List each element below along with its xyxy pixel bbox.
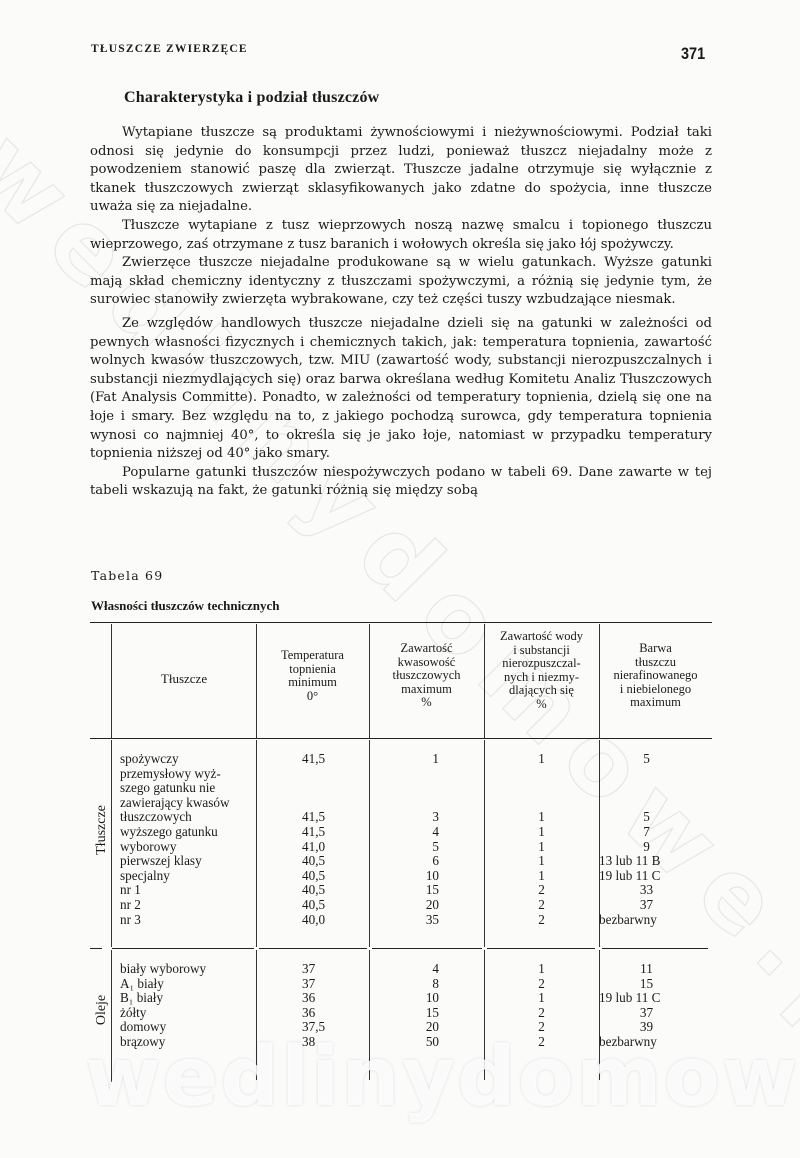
table-cell: przemysłowy wyż- xyxy=(120,767,260,782)
column-name: spożywczyprzemysłowy wyż-szego gatunku n… xyxy=(120,752,260,927)
table-cell: 19 lub 11 C xyxy=(599,991,712,1006)
table-cell xyxy=(599,767,712,782)
table-cell xyxy=(369,796,439,811)
column-acid: 4810152050 xyxy=(369,962,483,1050)
column-color: 557913 lub 11 B19 lub 11 C3337bezbarwny xyxy=(599,752,712,927)
table-cell: 40,5 xyxy=(302,898,360,913)
table-cell: 4 xyxy=(369,962,439,977)
table-cell: 5 xyxy=(369,840,439,855)
table-cell: A₁ biały xyxy=(120,977,260,992)
table-cell: 1 xyxy=(484,810,599,825)
paragraph: Wytapiane tłuszcze są produktami żywnośc… xyxy=(90,124,712,217)
table-cell: 38 xyxy=(302,1035,360,1050)
table-cell: B₁ biały xyxy=(120,991,260,1006)
table-cell: 15 xyxy=(369,883,439,898)
table-cell: tłuszczowych xyxy=(120,810,260,825)
group-divider-rule xyxy=(487,948,595,949)
table-cell: 41,5 xyxy=(302,752,360,767)
group-divider-rule xyxy=(90,948,102,949)
table-cell: 13 lub 11 B xyxy=(599,854,712,869)
table-cell: żółty xyxy=(120,1006,260,1021)
table-cell: 37 xyxy=(599,1006,712,1021)
table-cell: nr 1 xyxy=(120,883,260,898)
table-cell: bezbarwny xyxy=(599,913,712,928)
table-cell: 37 xyxy=(302,962,360,977)
table-cell: 36 xyxy=(302,1006,360,1021)
table-cell xyxy=(599,781,712,796)
table-cell: wyborowy xyxy=(120,840,260,855)
table-cell: 2 xyxy=(484,1035,599,1050)
table-cell: 40,5 xyxy=(302,869,360,884)
table-cell: 1 xyxy=(484,962,599,977)
table-cell: 35 xyxy=(369,913,439,928)
table-cell: 3 xyxy=(369,810,439,825)
table-cell xyxy=(484,781,599,796)
paragraph: Zwierzęce tłuszcze niejadalne produkowan… xyxy=(90,254,712,310)
table-cell: brązowy xyxy=(120,1035,260,1050)
group-divider-rule xyxy=(112,948,254,949)
table-cell: 1 xyxy=(484,825,599,840)
table-top-rule xyxy=(90,622,712,623)
table-cell: 4 xyxy=(369,825,439,840)
table-cell: 2 xyxy=(484,1020,599,1035)
properties-table: Tłuszcze Temperaturatopnieniaminimum0° Z… xyxy=(90,622,712,1082)
column-color: 111519 lub 11 C3739bezbarwny xyxy=(599,962,712,1050)
table-cell: nr 2 xyxy=(120,898,260,913)
paragraph: Ze względów handlowych tłuszcze niejadal… xyxy=(90,315,712,464)
table-cell xyxy=(484,796,599,811)
column-water: 111111222 xyxy=(484,752,599,927)
table-cell: 36 xyxy=(302,991,360,1006)
group-divider-rule xyxy=(259,948,367,949)
group-divider-rule xyxy=(372,948,482,949)
header-bottom-rule xyxy=(90,738,712,739)
table-cell: 41,5 xyxy=(302,810,360,825)
table-cell: 40,5 xyxy=(302,854,360,869)
table-cell: domowy xyxy=(120,1020,260,1035)
table-cell: 5 xyxy=(599,810,712,825)
table-cell xyxy=(369,767,439,782)
table-cell: 10 xyxy=(369,869,439,884)
table-cell: 10 xyxy=(369,991,439,1006)
running-head: TŁUSZCZE ZWIERZĘCE xyxy=(91,43,248,55)
table-cell xyxy=(599,796,712,811)
table-cell: 11 xyxy=(599,962,712,977)
body-text: Wytapiane tłuszcze są produktami żywnośc… xyxy=(90,124,712,501)
table-cell: biały wyborowy xyxy=(120,962,260,977)
table-label: Tabela 69 xyxy=(91,568,163,583)
header-melting-temp: Temperaturatopnieniaminimum0° xyxy=(256,649,369,703)
table-cell: 37 xyxy=(302,977,360,992)
table-cell: 50 xyxy=(369,1035,439,1050)
table-cell: szego gatunku nie xyxy=(120,781,260,796)
header-color: Barwatłuszczunierafinowanegoi niebielone… xyxy=(599,642,712,710)
table-cell: 39 xyxy=(599,1020,712,1035)
section-title: Charakterystyka i podział tłuszczów xyxy=(124,89,379,107)
column-temp: 3737363637,538 xyxy=(256,962,360,1050)
table-cell: 2 xyxy=(484,898,599,913)
table-cell: spożywczy xyxy=(120,752,260,767)
table-cell xyxy=(302,767,360,782)
table-cell: specjalny xyxy=(120,869,260,884)
column-temp: 41,541,541,541,040,540,540,540,540,0 xyxy=(256,752,360,927)
table-cell: 7 xyxy=(599,825,712,840)
group-label-fats: Tłuszcze xyxy=(94,790,110,870)
column-name: biały wyborowyA₁ białyB₁ białyżółtydomow… xyxy=(120,962,260,1050)
table-cell: 41,5 xyxy=(302,825,360,840)
table-cell: 1 xyxy=(484,869,599,884)
table-cell: 1 xyxy=(484,991,599,1006)
table-cell xyxy=(484,767,599,782)
table-cell: 15 xyxy=(599,977,712,992)
table-cell: 1 xyxy=(484,854,599,869)
header-fats: Tłuszcze xyxy=(112,672,256,686)
table-cell: 6 xyxy=(369,854,439,869)
table-cell: 41,0 xyxy=(302,840,360,855)
table-cell xyxy=(302,781,360,796)
table-cell: 20 xyxy=(369,898,439,913)
table-cell: 33 xyxy=(599,883,712,898)
table-cell: bezbarwny xyxy=(599,1035,712,1050)
header-water-content: Zawartość wodyi substancjinierozpuszczal… xyxy=(484,630,599,711)
page-number: 371 xyxy=(681,44,705,64)
table-cell: 40,0 xyxy=(302,913,360,928)
paragraph: Popularne gatunki tłuszczów niespożywczy… xyxy=(90,464,712,501)
group-divider-rule xyxy=(602,948,708,949)
table-cell: 37 xyxy=(599,898,712,913)
table-cell: 1 xyxy=(369,752,439,767)
table-cell: 8 xyxy=(369,977,439,992)
table-cell: 9 xyxy=(599,840,712,855)
group-label-oils: Oleje xyxy=(94,970,110,1050)
table-cell xyxy=(302,796,360,811)
book-page: wedlinydomowe.pl TŁUSZCZE ZWIERZĘCE 371 … xyxy=(0,0,800,1158)
table-cell: 2 xyxy=(484,883,599,898)
table-cell: zawierający kwasów xyxy=(120,796,260,811)
table-cell: 40,5 xyxy=(302,883,360,898)
table-cell: pierwszej klasy xyxy=(120,854,260,869)
table-cell: nr 3 xyxy=(120,913,260,928)
table-cell: 37,5 xyxy=(302,1020,360,1035)
table-cell: 15 xyxy=(369,1006,439,1021)
table-cell: 5 xyxy=(599,752,712,767)
table-caption: Własności tłuszczów technicznych xyxy=(91,598,279,614)
table-cell: 20 xyxy=(369,1020,439,1035)
paragraph: Tłuszcze wytapiane z tusz wieprzowych no… xyxy=(90,217,712,254)
header-acid-content: Zawartośćkwasowośćtłuszczowychmaximum% xyxy=(369,642,484,710)
column-water: 121222 xyxy=(484,962,599,1050)
table-cell: 1 xyxy=(484,840,599,855)
table-cell: 19 lub 11 C xyxy=(599,869,712,884)
table-cell: 1 xyxy=(484,752,599,767)
column-acid: 1345610152035 xyxy=(369,752,483,927)
table-cell xyxy=(369,781,439,796)
table-cell: 2 xyxy=(484,913,599,928)
table-cell: 2 xyxy=(484,977,599,992)
table-cell: 2 xyxy=(484,1006,599,1021)
table-cell: wyższego gatunku xyxy=(120,825,260,840)
